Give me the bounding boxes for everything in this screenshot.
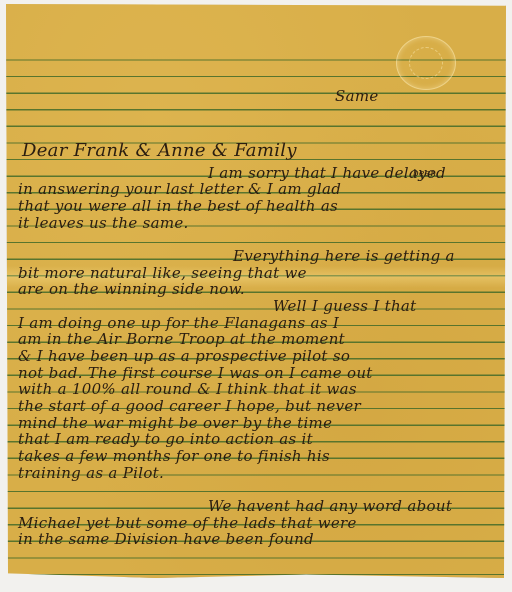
letter-place: Same [335,88,379,105]
letter-line: Everything here is getting a [233,248,455,265]
letter-line: am in the Air Borne Troop at the moment [18,331,345,348]
letter-line: it leaves us the same. [18,215,189,232]
letter-line: that I am ready to go into action as it [18,431,313,448]
embossed-seal-icon [396,36,456,90]
letter-line: & I have been up as a prospective pilot … [18,348,350,365]
letter-line: that you were all in the best of health … [18,198,338,215]
letter-line: We havent had any word about [208,498,452,515]
letter-line: in answering your last letter & I am gla… [18,181,341,198]
letter-line: in the same Division have been found [18,531,314,548]
letter-salutation: Dear Frank & Anne & Family [22,143,297,160]
letter-line: are on the winning side now. [18,281,245,298]
letter-line: training as a Pilot. [18,465,164,482]
letter-line: with a 100% all round & I think that it … [18,381,357,398]
letter-line: takes a few months for one to finish his [18,448,330,465]
letter-line: the start of a good career I hope, but n… [18,398,361,415]
letter-line: Well I guess I that [273,298,416,315]
